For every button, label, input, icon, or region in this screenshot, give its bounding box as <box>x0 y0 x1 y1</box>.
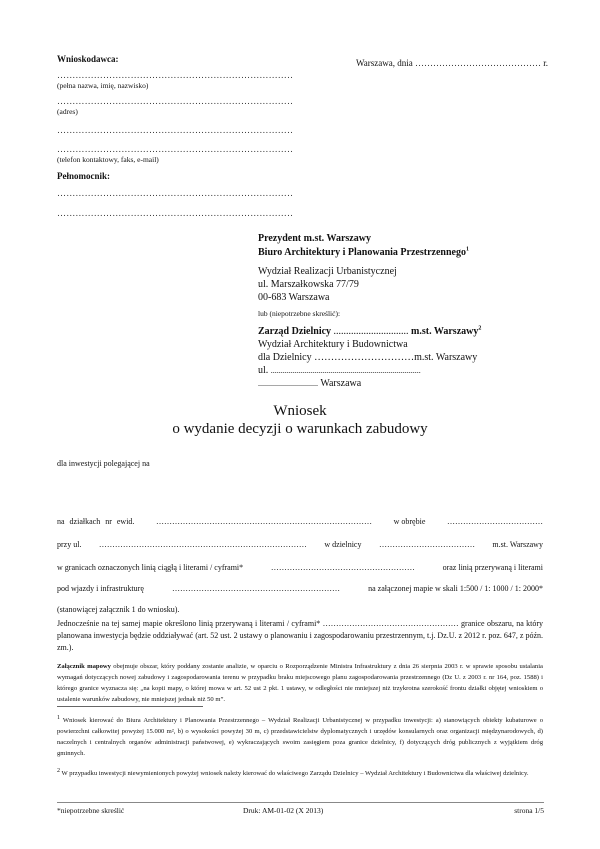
footer-rule <box>57 802 544 803</box>
addressee-or-note: lub (niepotrzebne skreślić): <box>258 309 340 318</box>
boundary-field[interactable]: ……………………………………………… <box>271 563 415 572</box>
document-title: Wniosek <box>0 403 600 420</box>
alt-board-city: m.st. Warszawy <box>411 326 478 337</box>
district-label: w dzielnicy <box>324 540 361 549</box>
boundary-line: w granicach oznaczonych linią ciągłą i l… <box>57 563 543 572</box>
map-annex-paragraph: Załącznik mapowy obejmuje obszar, który … <box>57 661 543 705</box>
boundary-label: w granicach oznaczonych linią ciągłą i l… <box>57 563 243 572</box>
impact-field[interactable]: …………………………………………… <box>323 618 459 630</box>
alt-district-city: m.st. Warszawy <box>414 352 477 363</box>
access-field[interactable]: ……………………………………………………… <box>172 584 340 593</box>
investment-description-field[interactable] <box>57 472 543 512</box>
date-prefix: Warszawa, dnia <box>356 58 413 68</box>
street-field[interactable]: …………………………………………………………………… <box>99 540 307 549</box>
addressee-bureau-name: Biuro Architektury i Planowania Przestrz… <box>258 247 466 258</box>
footer-note: *niepotrzebne skreślić <box>57 806 124 815</box>
map-annex-text: obejmuje obszar, który poddany zostanie … <box>57 663 543 703</box>
date-suffix: r. <box>543 58 548 68</box>
district-suffix: m.st. Warszawy <box>492 540 543 549</box>
district-field[interactable]: ……………………………… <box>379 540 475 549</box>
date-field[interactable]: …………………………………… <box>415 58 541 68</box>
alt-street-prefix: ul. <box>258 365 268 376</box>
footnote-ref-1: 1 <box>466 247 469 253</box>
proxy-heading: Pełnomocnik: <box>57 171 110 181</box>
alt-city-name: Warszawa <box>320 378 361 389</box>
alt-district-label: dla Dzielnicy <box>258 352 312 363</box>
precinct-label: w obrębie <box>394 517 426 526</box>
applicant-address-caption: (adres) <box>57 107 78 116</box>
map-scale-options[interactable]: na załączonej mapie w skali 1:500 / 1: 1… <box>368 584 543 593</box>
proxy-field-1[interactable]: ……………………………………………………………………………… <box>57 188 293 198</box>
footnote-1-mark: 1 <box>57 715 60 721</box>
impact-label: Jednocześnie na tej samej mapie określon… <box>57 619 320 628</box>
alt-district-field[interactable]: ………………………… <box>314 352 414 363</box>
addressee-city: 00-683 Warszawa <box>258 292 329 303</box>
proxy-field-2[interactable]: ……………………………………………………………………………… <box>57 208 293 218</box>
alt-addressee-district: dla Dzielnicy …………………………m.st. Warszawy <box>258 352 477 363</box>
investment-label: dla inwestycji polegającej na <box>57 459 150 468</box>
access-label: pod wjazdy i infrastrukturę <box>57 584 144 593</box>
street-line: przy ul. …………………………………………………………………… w dz… <box>57 540 543 549</box>
applicant-name-caption: (pełna nazwa, imię, nazwisko) <box>57 81 148 90</box>
annex-note: (stanowiącej załącznik 1 do wniosku). <box>57 605 179 614</box>
addressee-president: Prezydent m.st. Warszawy <box>258 233 371 244</box>
footnote-1: 1 Wniosek kierować do Biura Architektury… <box>57 715 543 759</box>
alt-board-district-field[interactable]: .............................. <box>334 326 409 337</box>
footnote-2: 2 W przypadku inwestycji niewymienionych… <box>57 768 543 779</box>
applicant-name-field[interactable]: ……………………………………………………………………………… <box>57 70 293 80</box>
alt-board-label: Zarząd Dzielnicy <box>258 326 331 337</box>
alt-addressee-street: ul. ....................................… <box>258 365 421 376</box>
applicant-heading: Wnioskodawca: <box>57 54 119 64</box>
alt-addressee-board: Zarząd Dzielnicy .......................… <box>258 326 481 337</box>
footnote-2-mark: 2 <box>57 768 60 774</box>
precinct-field[interactable]: ……………………………… <box>447 517 543 526</box>
footnote-1-text: Wniosek kierować do Biura Architektury i… <box>57 717 543 757</box>
addressee-bureau: Biuro Architektury i Planowania Przestrz… <box>258 247 469 258</box>
map-annex-label: Załącznik mapowy <box>57 663 111 670</box>
footer-form-code: Druk: AM-01-02 (X 2013) <box>243 806 323 815</box>
applicant-contact-caption: (telefon kontaktowy, faks, e-mail) <box>57 155 159 164</box>
footnote-2-text: W przypadku inwestycji niewymienionych p… <box>62 770 529 777</box>
impact-paragraph: Jednocześnie na tej samej mapie określon… <box>57 618 543 654</box>
footnote-separator <box>57 706 203 707</box>
applicant-address-field[interactable]: ……………………………………………………………………………… <box>57 96 293 106</box>
street-label: przy ul. <box>57 540 81 549</box>
alt-addressee-city: .............................. Warszawa <box>258 378 361 389</box>
access-line: pod wjazdy i infrastrukturę ………………………………… <box>57 584 543 593</box>
alt-addressee-department: Wydział Architektury i Budownictwa <box>258 339 408 350</box>
applicant-contact-field[interactable]: ……………………………………………………………………………… <box>57 144 293 154</box>
alt-postcode-field[interactable]: .............................. <box>258 379 318 388</box>
document-subtitle: o wydanie decyzji o warunkach zabudowy <box>0 421 600 438</box>
addressee-street: ul. Marszałkowska 77/79 <box>258 279 359 290</box>
date-line: Warszawa, dnia …………………………………… r. <box>356 58 548 68</box>
parcels-field[interactable]: ……………………………………………………………………… <box>156 517 372 526</box>
parcels-line: na działkach nr ewid. ………………………………………………… <box>57 517 543 526</box>
parcels-label: na działkach nr ewid. <box>57 517 134 526</box>
applicant-extra-field[interactable]: ……………………………………………………………………………… <box>57 125 293 135</box>
addressee-department: Wydział Realizacji Urbanistycznej <box>258 266 397 277</box>
alt-street-field[interactable]: ........................................… <box>271 366 421 375</box>
boundary-suffix: oraz linią przerywaną i literami <box>443 563 543 572</box>
footnote-ref-2: 2 <box>478 326 481 332</box>
footer-page-number: strona 1/5 <box>500 806 544 815</box>
